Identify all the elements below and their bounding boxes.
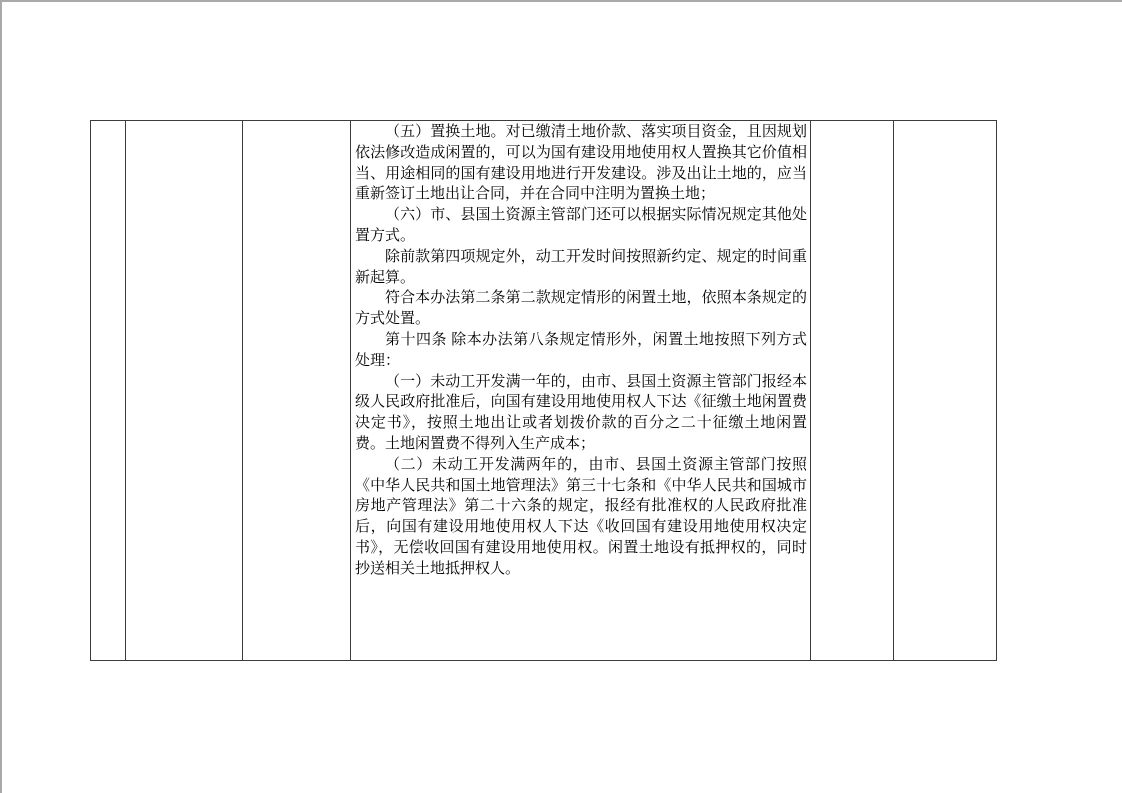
paragraph-item-6-other-methods: （六）市、县国土资源主管部门还可以根据实际情况规定其他处置方式。 xyxy=(355,205,807,247)
paragraph-article-14-intro: 第十四条 除本办法第八条规定情形外，闲置土地按照下列方式处理： xyxy=(355,330,807,372)
paragraph-one-year-idle-fee: （一）未动工开发满一年的，由市、县国土资源主管部门报经本级人民政府批准后，向国有… xyxy=(355,372,807,455)
paragraph-restart-time: 除前款第四项规定外，动工开发时间按照新约定、规定的时间重新起算。 xyxy=(355,247,807,289)
paragraph-article-2-clause-2: 符合本办法第二条第二款规定情形的闲置土地，依照本条规定的方式处置。 xyxy=(355,288,807,330)
paragraph-item-5-swap-land: （五）置换土地。对已缴清土地价款、落实项目资金，且因规划依法修改造成闲置的，可以… xyxy=(355,122,807,205)
table-cell-empty-2 xyxy=(126,121,243,660)
document-page: （五）置换土地。对已缴清土地价款、落实项目资金，且因规划依法修改造成闲置的，可以… xyxy=(0,0,1122,793)
table-cell-empty-4 xyxy=(811,121,894,660)
document-table: （五）置换土地。对已缴清土地价款、落实项目资金，且因规划依法修改造成闲置的，可以… xyxy=(90,120,997,661)
paragraph-two-year-reclaim: （二）未动工开发满两年的，由市、县国土资源主管部门按照《中华人民共和国土地管理法… xyxy=(355,455,807,580)
table-cell-regulation-text: （五）置换土地。对已缴清土地价款、落实项目资金，且因规划依法修改造成闲置的，可以… xyxy=(351,121,811,660)
table-cell-empty-5 xyxy=(894,121,996,660)
table-cell-empty-1 xyxy=(91,121,126,660)
table-cell-empty-3 xyxy=(243,121,351,660)
